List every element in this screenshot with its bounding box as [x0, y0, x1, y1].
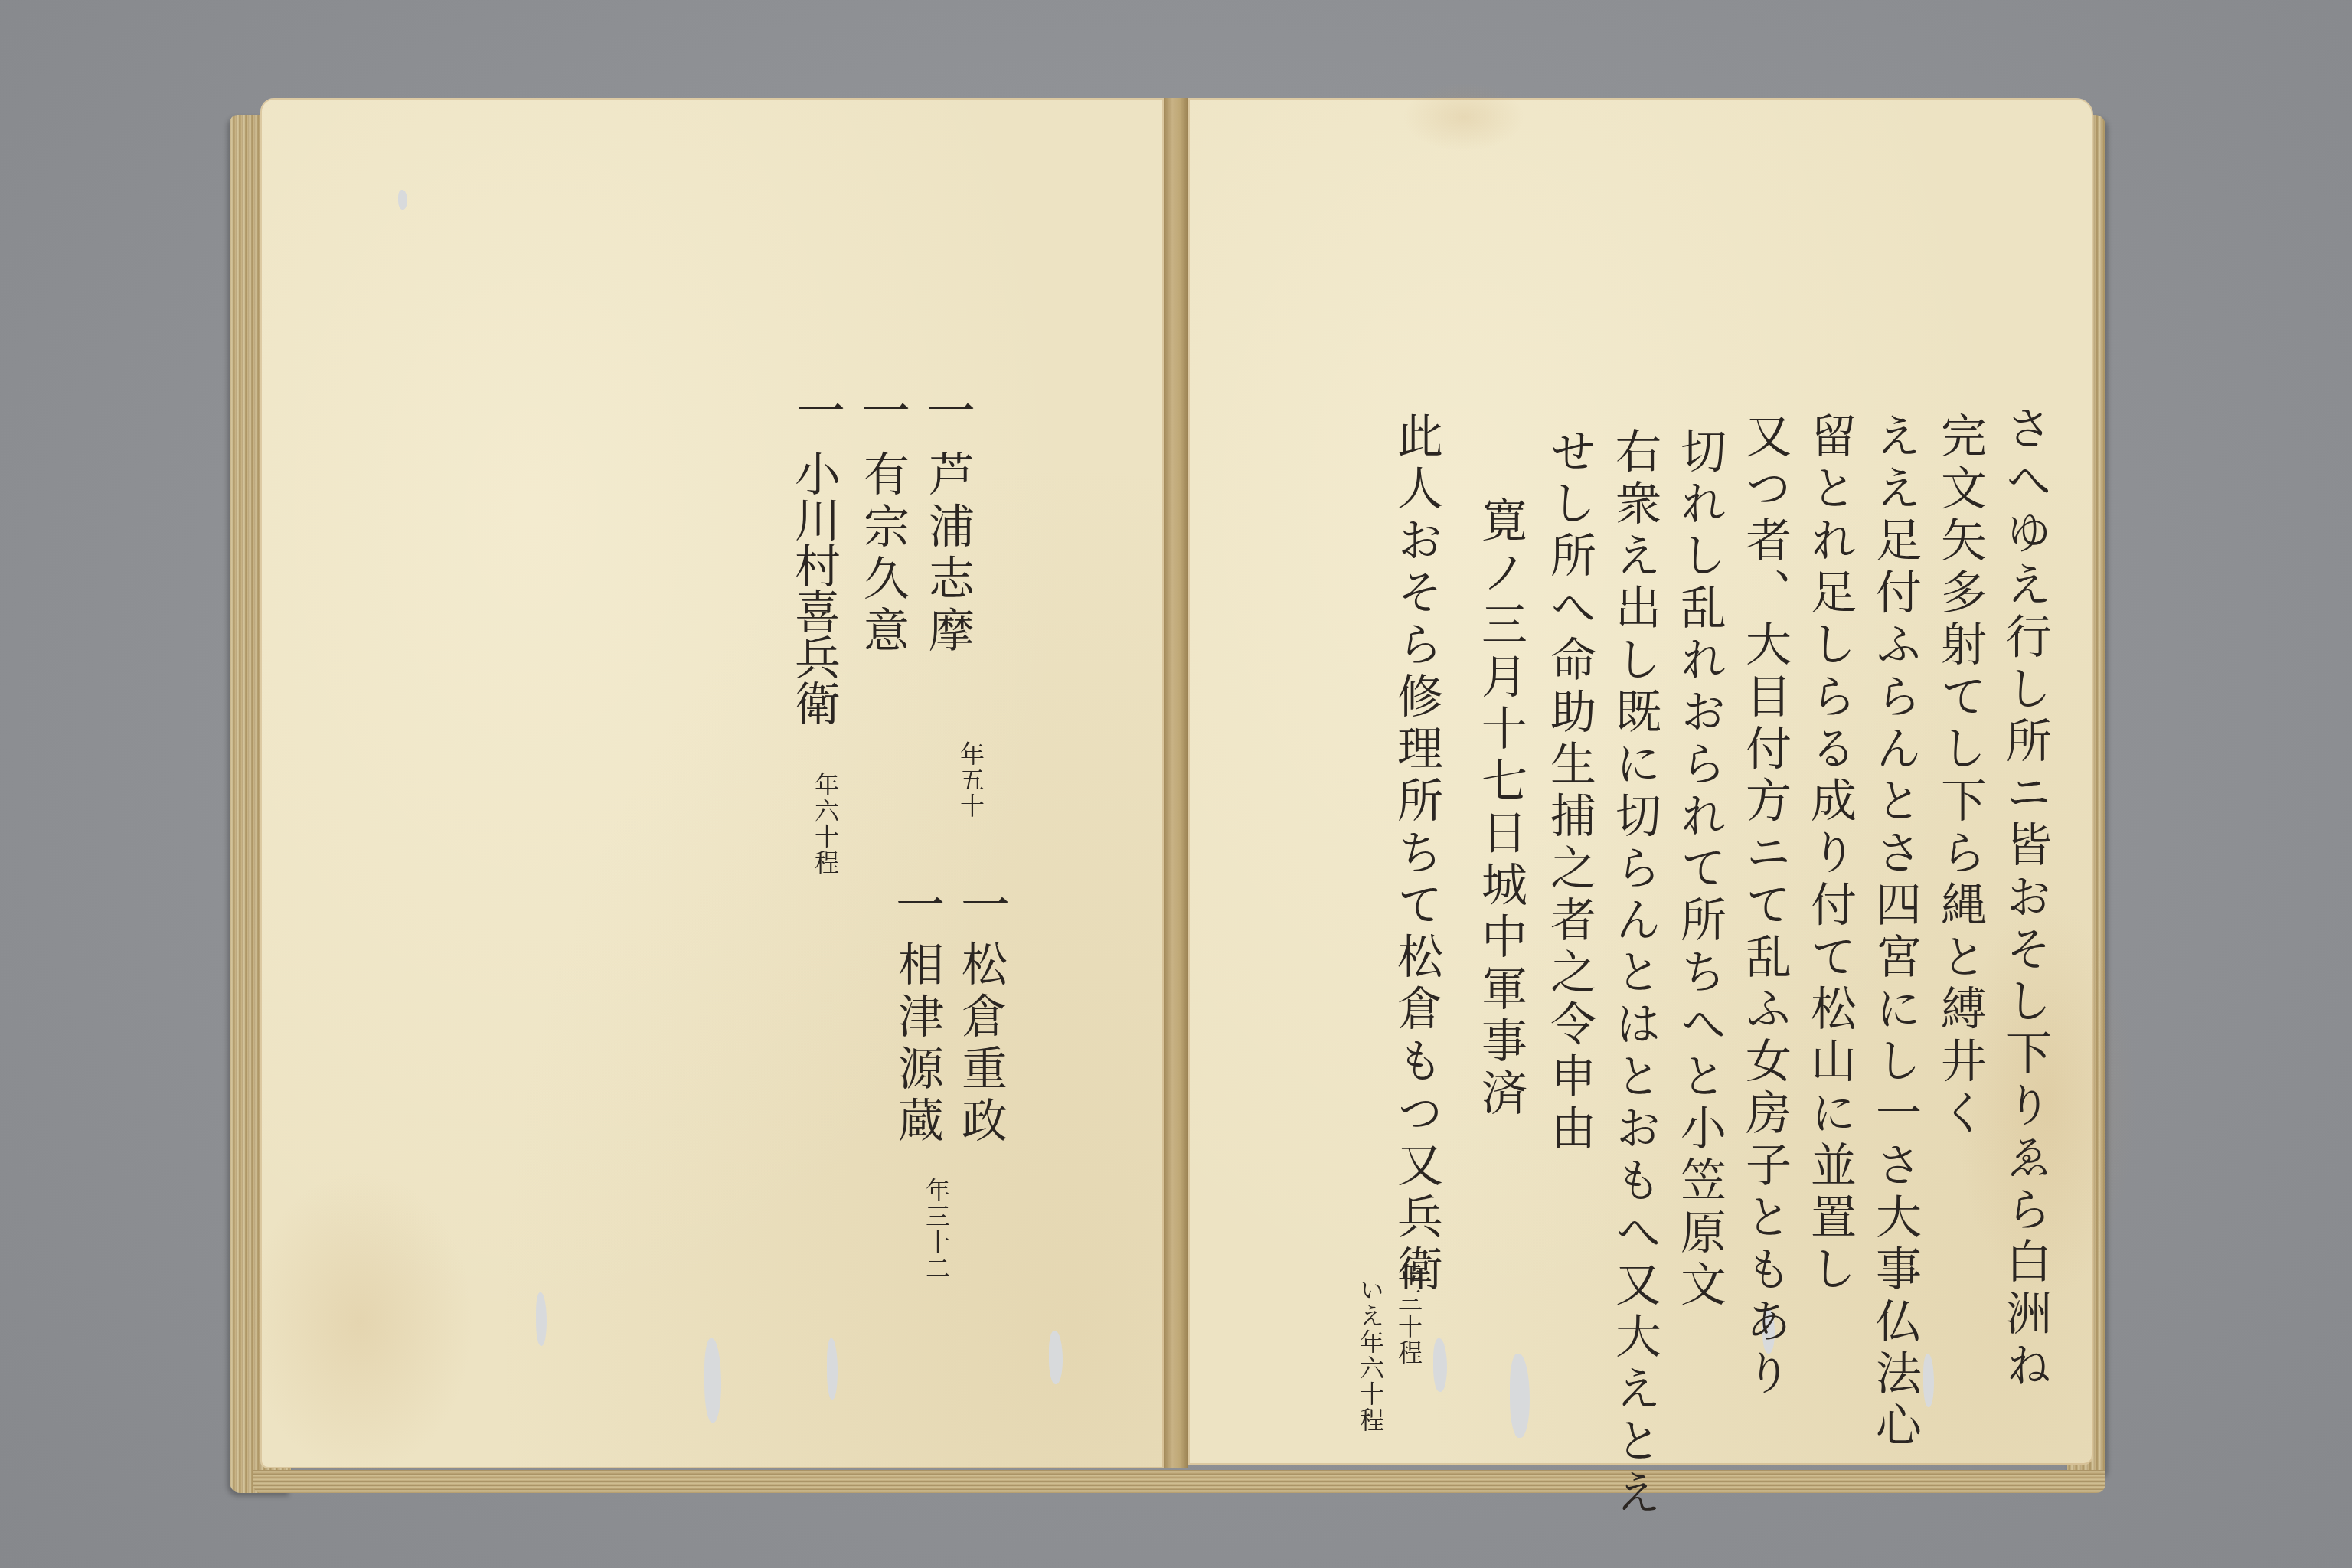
entry-marker: 一 [911, 385, 982, 434]
right-page: さへゆえ行し所ニ皆おそし下りゑら白洲ね 完文矢多射てし下ら縄と縛井く ええ足付ふ… [1188, 98, 2093, 1465]
left-page: 一 芦浦志摩 年五十 一 有宗久意 一 小川村喜兵衛 年六十程 一 松倉重政 一… [260, 98, 1164, 1468]
entry-marker: 一 [946, 879, 1016, 928]
text-column-3: ええ足付ふらんとさ四宮にし一さ大事仏法心 [1862, 412, 1928, 1453]
side-note: 年三十程 [1391, 1262, 1426, 1366]
text-column-9-date: 寛ノ三月十七日城中軍事済 [1468, 496, 1534, 1121]
text-column-5: 又つ者、大目付方ニて乱ふ女房子ともあり [1732, 412, 1798, 1401]
text-column-10: 此人おそら修理所ちて松倉もつ又兵衛 [1383, 412, 1449, 1297]
entry-marker: 一 [880, 879, 951, 928]
entry-age-note: 年三十二 [919, 1178, 954, 1282]
text-column-7: 右衆え出し既に切らんとはとおもへ又大えとえ [1602, 427, 1668, 1521]
entry-name: 小川村喜兵衛 [781, 450, 847, 726]
worm-hole [1433, 1338, 1447, 1392]
entry-name: 有宗久意 [850, 450, 916, 658]
bottom-page-stack-edge [253, 1470, 2105, 1493]
entry-name: 芦浦志摩 [915, 450, 981, 658]
text-column-8: せし所へ命助生捕之者之令申由 [1537, 427, 1602, 1156]
entry-age-note: 年六十程 [808, 772, 843, 876]
open-manuscript-book: 一 芦浦志摩 年五十 一 有宗久意 一 小川村喜兵衛 年六十程 一 松倉重政 一… [0, 0, 2352, 1568]
entry-name: 相津源蔵 [884, 940, 950, 1148]
text-column-1: さへゆえ行し所ニ皆おそし下りゑら白洲ね [1992, 404, 2058, 1393]
side-note: いえ年六十程 [1353, 1277, 1388, 1433]
worm-hole [704, 1338, 721, 1423]
worm-hole [1510, 1354, 1530, 1438]
entry-age-note: 年五十 [953, 741, 988, 819]
worm-hole [1049, 1331, 1063, 1384]
entry-marker: 一 [846, 385, 916, 434]
book-gutter-binding [1164, 98, 1188, 1468]
text-column-6: 切れし乱れおられて所ちへと小笠原文 [1667, 427, 1733, 1312]
text-column-2: 完文矢多射てし下ら縄と縛井く [1927, 412, 1993, 1141]
worm-hole [536, 1292, 547, 1346]
entry-marker: 一 [781, 385, 851, 434]
text-column-4: 留とれ足しらる成り付て松山に並置し [1797, 412, 1863, 1297]
water-stain [1403, 83, 1525, 152]
water-stain [245, 1170, 475, 1476]
worm-hole [398, 190, 407, 210]
entry-name: 松倉重政 [948, 940, 1014, 1148]
worm-hole [827, 1338, 838, 1400]
